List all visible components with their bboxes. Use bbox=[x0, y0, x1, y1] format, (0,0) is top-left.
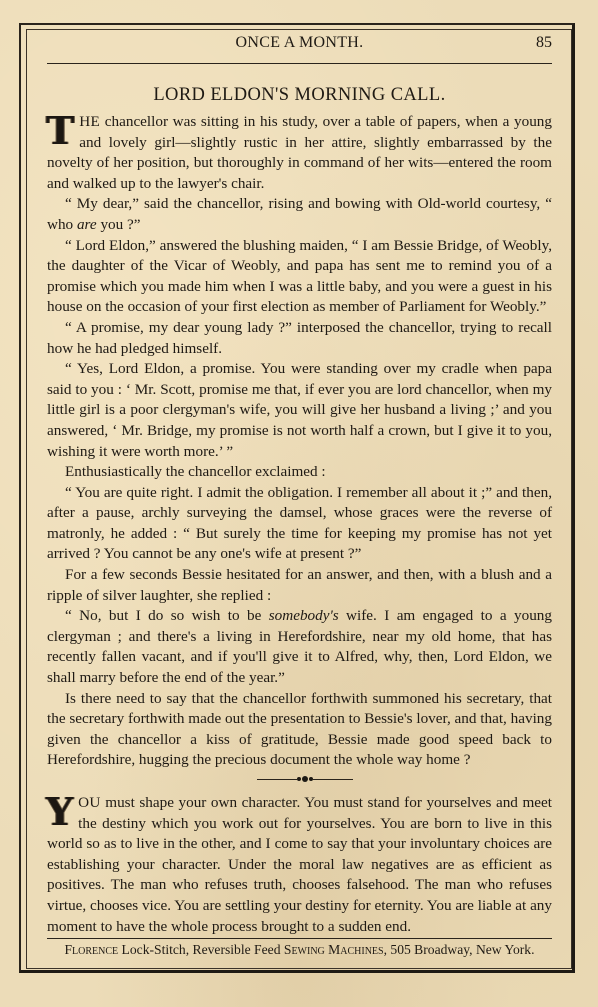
article-character: YOU must shape your own character. You m… bbox=[47, 793, 552, 937]
running-head: ONCE A MONTH. 85 bbox=[47, 34, 552, 56]
dropcap-t-icon: T bbox=[45, 114, 75, 148]
paragraph: Enthusiastically the chancellor exclaime… bbox=[47, 462, 552, 483]
paragraph: “ Yes, Lord Eldon, a promise. You were s… bbox=[47, 359, 552, 462]
dropcap-y-icon: Y bbox=[45, 795, 74, 829]
article-lord-eldon: THE chancellor was sitting in his study,… bbox=[47, 112, 552, 771]
header-rule bbox=[47, 63, 552, 64]
running-title: ONCE A MONTH. bbox=[47, 34, 552, 52]
page-number: 85 bbox=[536, 34, 552, 52]
paragraph: Is there need to say that the chancellor… bbox=[47, 689, 552, 771]
paragraph: “ You are quite right. I admit the oblig… bbox=[47, 483, 552, 565]
paragraph: YOU must shape your own character. You m… bbox=[47, 793, 552, 937]
paragraph: “ No, but I do so wish to be somebody's … bbox=[47, 606, 552, 688]
article-title: LORD ELDON'S MORNING CALL. bbox=[47, 85, 552, 106]
paragraph: For a few seconds Bessie hesitated for a… bbox=[47, 565, 552, 606]
advertisement-footer: Florence Lock-Stitch, Reversible Feed Se… bbox=[47, 942, 552, 958]
footer-rule bbox=[47, 938, 552, 939]
ornament-separator-icon bbox=[257, 777, 353, 781]
paragraph: “ My dear,” said the chancellor, rising … bbox=[47, 194, 552, 235]
paragraph: “ Lord Eldon,” answered the blushing mai… bbox=[47, 236, 552, 318]
paragraph: THE chancellor was sitting in his study,… bbox=[47, 112, 552, 194]
paragraph: “ A promise, my dear young lady ?” inter… bbox=[47, 318, 552, 359]
